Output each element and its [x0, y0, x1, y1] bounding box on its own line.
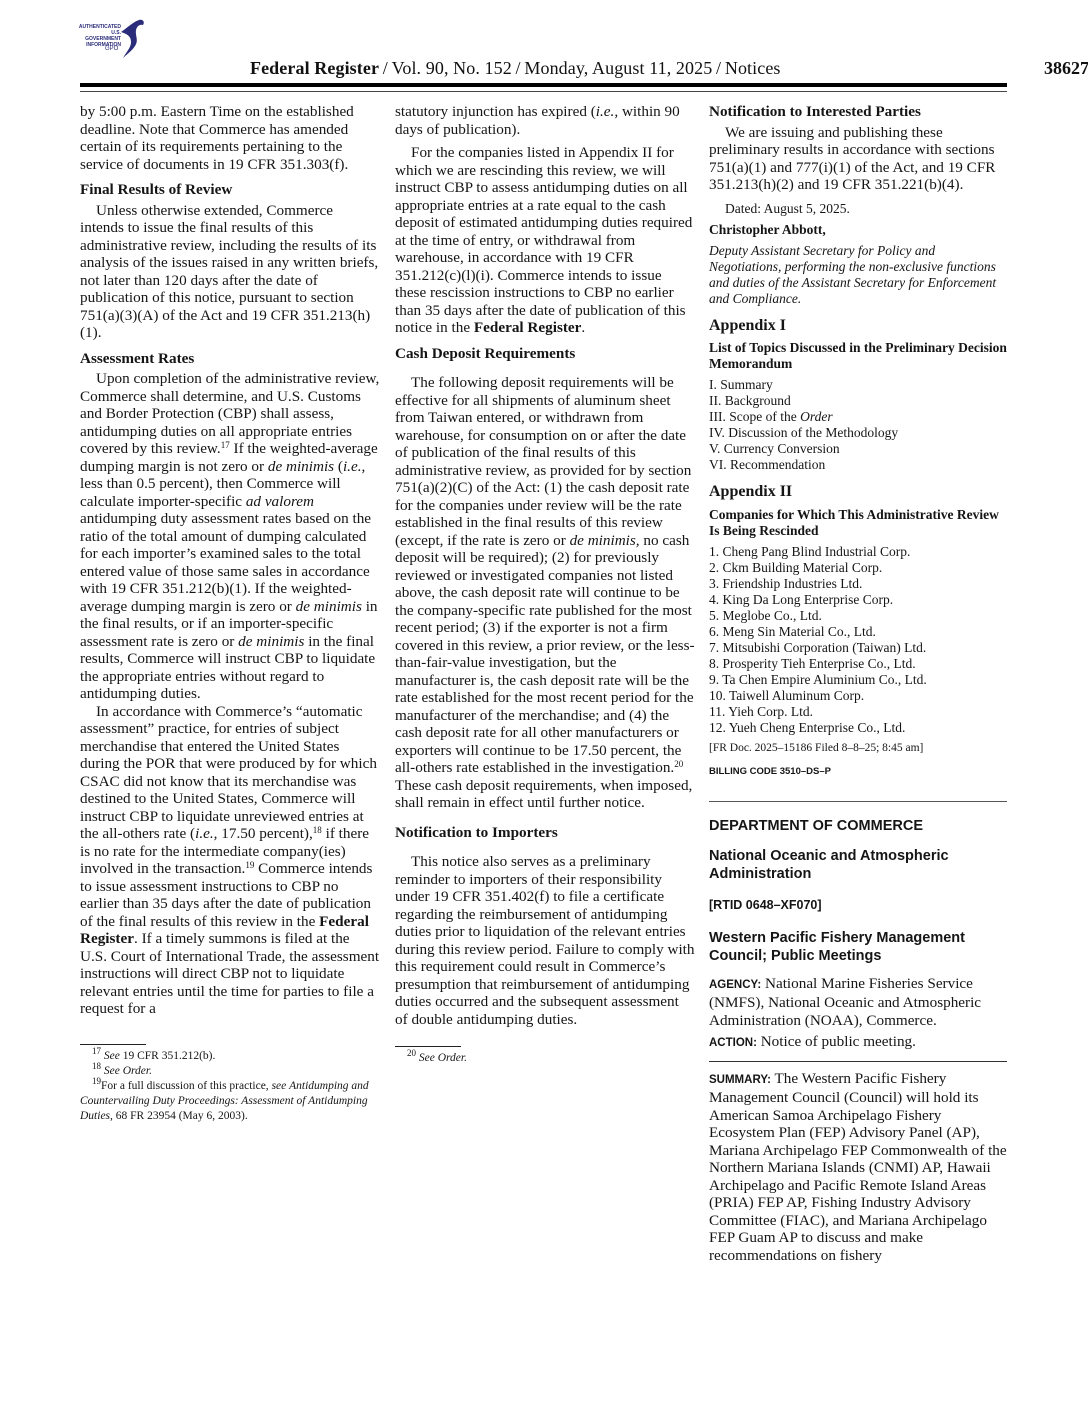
page-number: 38627: [1044, 58, 1088, 79]
cash-deposit-paragraph: The following deposit requirements will …: [395, 374, 695, 812]
section-heading-final-results: Final Results of Review: [80, 181, 380, 199]
column-2: statutory injunction has expired (i.e., …: [395, 103, 695, 1066]
appendix-1-heading: Appendix I: [709, 317, 1009, 335]
footnote-divider: [395, 1046, 461, 1047]
footnote-number: 17: [92, 1046, 101, 1056]
italic-term: see: [272, 1080, 287, 1092]
topics-list: I. Summary II. Background III. Scope of …: [709, 377, 1009, 473]
summary-divider: [709, 1061, 1007, 1062]
continued-paragraph: by 5:00 p.m. Eastern Time on the establi…: [80, 103, 380, 173]
appendix-1-subheading: List of Topics Discussed in the Prelimin…: [709, 340, 1009, 372]
list-item: I. Summary: [709, 377, 1009, 393]
agency-field: AGENCY: National Marine Fisheries Servic…: [709, 975, 1009, 1030]
gpo-authentication-logo: AUTHENTICATED U.S. GOVERNMENT INFORMATIO…: [75, 18, 155, 60]
footnote-17: 17 See 19 CFR 351.212(b).: [80, 1049, 380, 1064]
list-item-text: II. Background: [709, 393, 791, 408]
rtid-number: [RTID 0648–XF070]: [709, 897, 1009, 915]
text-run: 68 FR 23954 (May 6, 2003).: [113, 1110, 248, 1122]
header-rule-thick: [80, 83, 1007, 87]
summary-field: SUMMARY: The Western Pacific Fishery Man…: [709, 1070, 1009, 1265]
list-item: V. Currency Conversion: [709, 441, 1009, 457]
issue-date: Monday, August 11, 2025: [524, 58, 712, 78]
italic-term: i.e.,: [195, 825, 217, 842]
list-item: III. Scope of the Order: [709, 409, 1009, 425]
italic-term: See Order.: [419, 1052, 467, 1064]
list-item-text: V. Currency Conversion: [709, 441, 840, 456]
footnote-divider: [80, 1044, 146, 1045]
italic-term: ad valorem: [246, 493, 314, 510]
list-item: 2. Ckm Building Material Corp.: [709, 560, 1009, 576]
italic-term: de minimis: [296, 598, 362, 615]
summary-text: The Western Pacific Fishery Management C…: [709, 1070, 1007, 1264]
italic-term: i.e.,: [596, 103, 618, 120]
text-run: .: [581, 319, 585, 336]
footnote-number: 18: [92, 1061, 101, 1071]
section-heading-cash-deposit: Cash Deposit Requirements: [395, 345, 695, 363]
action-text: Notice of public meeting.: [757, 1033, 916, 1050]
importers-paragraph: This notice also serves as a preliminary…: [395, 853, 695, 1028]
footnote-18: 18 See Order.: [80, 1064, 380, 1079]
appendix-2-subheading: Companies for Which This Administrative …: [709, 507, 1009, 539]
signer-name: Christopher Abbott,: [709, 221, 1009, 239]
appendix-2-heading: Appendix II: [709, 483, 1009, 501]
list-item: 11. Yieh Corp. Ltd.: [709, 704, 1009, 720]
automatic-assessment-paragraph: In accordance with Commerce’s “automatic…: [80, 703, 380, 1018]
list-item: 4. King Da Long Enterprise Corp.: [709, 592, 1009, 608]
footnote-ref-17[interactable]: 17: [221, 440, 230, 450]
italic-term: See Order.: [104, 1065, 152, 1077]
department-heading: DEPARTMENT OF COMMERCE: [709, 818, 1009, 836]
list-item: 8. Prosperity Tieh Enterprise Co., Ltd.: [709, 656, 1009, 672]
column-1: by 5:00 p.m. Eastern Time on the establi…: [80, 103, 380, 1124]
agency-label: AGENCY:: [709, 979, 761, 991]
header-rule-thin: [80, 91, 1007, 92]
signer-title: Deputy Assistant Secretary for Policy an…: [709, 243, 1009, 307]
billing-code: BILLING CODE 3510–DS–P: [709, 763, 1009, 781]
section-heading-interested-parties: Notification to Interested Parties: [709, 103, 1009, 121]
list-item: II. Background: [709, 393, 1009, 409]
text-run: For the companies listed in Appendix II …: [395, 144, 692, 336]
eagle-icon: [117, 18, 147, 60]
summary-label: SUMMARY:: [709, 1074, 771, 1086]
list-item: IV. Discussion of the Methodology: [709, 425, 1009, 441]
section-name: Notices: [725, 58, 781, 78]
footnote-number: 20: [407, 1048, 416, 1058]
interested-parties-paragraph: We are issuing and publishing these prel…: [709, 124, 1009, 194]
list-item: 1. Cheng Pang Blind Industrial Corp.: [709, 544, 1009, 560]
logo-line: U.S. GOVERNMENT: [75, 30, 121, 42]
running-header: Federal Register / Vol. 90, No. 152 / Mo…: [80, 58, 1088, 80]
italic-term: Order: [800, 409, 833, 424]
italic-term: See: [104, 1050, 120, 1062]
footnote-19: 19For a full discussion of this practice…: [80, 1079, 380, 1124]
bold-term: Federal Register: [474, 319, 582, 336]
section-heading-importers: Notification to Importers: [395, 824, 695, 842]
text-run: 19 CFR 351.212(b).: [120, 1050, 216, 1062]
rescission-paragraph: For the companies listed in Appendix II …: [395, 144, 695, 337]
companies-list: 1. Cheng Pang Blind Industrial Corp. 2. …: [709, 544, 1009, 736]
list-item-text: VI. Recommendation: [709, 457, 825, 472]
continued-paragraph: statutory injunction has expired (i.e., …: [395, 103, 695, 138]
list-item-text: III. Scope of the: [709, 409, 800, 424]
dated-line: Dated: August 5, 2025.: [709, 200, 1009, 218]
list-item-text: IV. Discussion of the Methodology: [709, 425, 898, 440]
footnotes: 20 See Order.: [395, 1051, 695, 1066]
notice-title: Western Pacific Fishery Management Counc…: [709, 929, 1009, 965]
italic-term: de minimis: [238, 633, 304, 650]
header-title: Federal Register / Vol. 90, No. 152 / Mo…: [250, 58, 781, 79]
action-label: ACTION:: [709, 1037, 757, 1049]
list-item: 9. Ta Chen Empire Aluminium Co., Ltd.: [709, 672, 1009, 688]
section-heading-assessment-rates: Assessment Rates: [80, 350, 380, 368]
footnote-ref-20[interactable]: 20: [674, 759, 683, 769]
list-item: VI. Recommendation: [709, 457, 1009, 473]
assessment-paragraph: Upon completion of the administrative re…: [80, 370, 380, 703]
volume-number: Vol. 90, No. 152: [392, 58, 512, 78]
text-run: statutory injunction has expired (: [395, 103, 596, 120]
list-item: 12. Yueh Cheng Enterprise Co., Ltd.: [709, 720, 1009, 736]
footnote-ref-18[interactable]: 18: [313, 825, 322, 835]
action-field: ACTION: Notice of public meeting.: [709, 1033, 1009, 1053]
list-item: 3. Friendship Industries Ltd.: [709, 576, 1009, 592]
list-item: 6. Meng Sin Material Co., Ltd.: [709, 624, 1009, 640]
list-item-text: I. Summary: [709, 377, 773, 392]
list-item: 7. Mitsubishi Corporation (Taiwan) Ltd.: [709, 640, 1009, 656]
agency-heading: National Oceanic and Atmospheric Adminis…: [709, 847, 1009, 883]
text-run: For a full discussion of this practice,: [101, 1080, 272, 1092]
text-run: no cash deposit will be required); (2) f…: [395, 532, 695, 777]
logo-text: AUTHENTICATED U.S. GOVERNMENT INFORMATIO…: [75, 24, 121, 48]
text-run: These cash deposit requirements, when im…: [395, 777, 692, 812]
italic-term: i.e.,: [343, 458, 365, 475]
list-item: 5. Meglobe Co., Ltd.: [709, 608, 1009, 624]
footnote-ref-19[interactable]: 19: [245, 860, 254, 870]
footnote-20: 20 See Order.: [395, 1051, 695, 1066]
footnotes: 17 See 19 CFR 351.212(b). 18 See Order. …: [80, 1049, 380, 1124]
footnote-number: 19: [92, 1076, 101, 1086]
text-run: (: [334, 458, 343, 475]
fr-doc-line: [FR Doc. 2025–15186 Filed 8–8–25; 8:45 a…: [709, 740, 1009, 758]
text-run: In accordance with Commerce’s “automatic…: [80, 703, 377, 843]
notice-separator: [709, 801, 1007, 802]
final-results-paragraph: Unless otherwise extended, Commerce inte…: [80, 202, 380, 342]
italic-term: de minimis: [268, 458, 334, 475]
column-3: Notification to Interested Parties We ar…: [709, 103, 1009, 1264]
text-run: The following deposit requirements will …: [395, 374, 691, 549]
text-run: 17.50 percent),: [217, 825, 312, 842]
list-item: 10. Taiwell Aluminum Corp.: [709, 688, 1009, 704]
publication-name: Federal Register: [250, 58, 379, 78]
italic-term: de minimis,: [570, 532, 640, 549]
